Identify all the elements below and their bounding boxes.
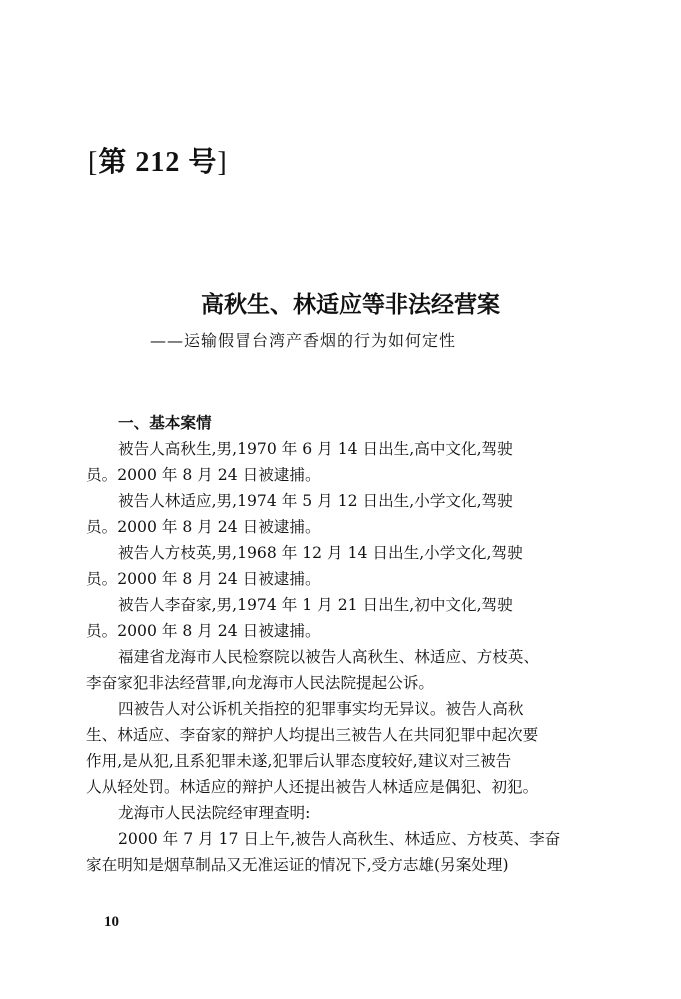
text-line: 人从轻处罚。林适应的辩护人还提出被告人林适应是偶犯、初犯。 [86,774,603,800]
text-line: 员。2000 年 8 月 24 日被逮捕。 [86,514,603,540]
case-title: 高秋生、林适应等非法经营案 [0,286,681,319]
text-line: 2000 年 7 月 17 日上午,被告人高秋生、林适应、方枝英、李奋 [86,826,603,852]
text-line: 被告人高秋生,男,1970 年 6 月 14 日出生,高中文化,驾驶 [86,436,603,462]
page-number: 10 [104,914,119,931]
case-number-label: 第 212 号 [98,147,217,178]
case-number-close-bracket: ] [217,147,227,178]
text-line: 员。2000 年 8 月 24 日被逮捕。 [86,566,603,592]
text-line: 生、林适应、李奋家的辩护人均提出三被告人在共同犯罪中起次要 [86,722,603,748]
document-body: 一、基本案情 被告人高秋生,男,1970 年 6 月 14 日出生,高中文化,驾… [86,410,603,878]
text-line: 龙海市人民法院经审理查明: [86,800,603,826]
text-line: 作用,是从犯,且系犯罪未遂,犯罪后认罪态度较好,建议对三被告 [86,748,603,774]
text-line: 被告人方枝英,男,1968 年 12 月 14 日出生,小学文化,驾驶 [86,540,603,566]
case-number: [第 212 号] [88,140,228,180]
text-line: 四被告人对公诉机关指控的犯罪事实均无异议。被告人高秋 [86,696,603,722]
text-line: 被告人林适应,男,1974 年 5 月 12 日出生,小学文化,驾驶 [86,488,603,514]
case-subtitle: ——运输假冒台湾产香烟的行为如何定性 [150,328,456,351]
text-line: 福建省龙海市人民检察院以被告人高秋生、林适应、方枝英、 [86,644,603,670]
text-line: 被告人李奋家,男,1974 年 1 月 21 日出生,初中文化,驾驶 [86,592,603,618]
text-line: 员。2000 年 8 月 24 日被逮捕。 [86,462,603,488]
text-line: 李奋家犯非法经营罪,向龙海市人民法院提起公诉。 [86,670,603,696]
text-line: 家在明知是烟草制品又无准运证的情况下,受方志雄(另案处理) [86,852,603,878]
text-line: 员。2000 年 8 月 24 日被逮捕。 [86,618,603,644]
section-heading: 一、基本案情 [86,410,603,436]
case-number-open-bracket: [ [88,147,98,178]
